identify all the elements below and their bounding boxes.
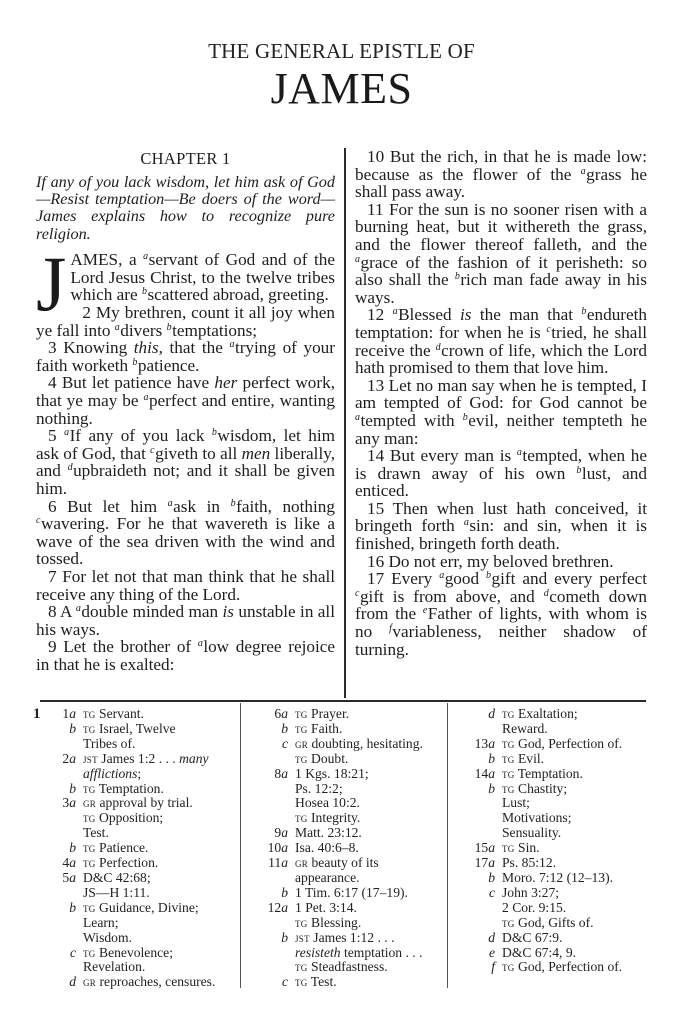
footnotes-column-3: dtg Exaltation;Reward.13atg God, Perfect… xyxy=(452,707,652,975)
footnote-line: afflictions; xyxy=(83,767,238,782)
footnote-line: D&C 67:4, 9. xyxy=(502,946,652,961)
footnote-line: Moro. 7:12 (12–13). xyxy=(502,871,652,886)
footnote-chapter-number xyxy=(33,975,45,990)
footnote-text: 1 Tim. 6:17 (17–19). xyxy=(295,886,445,901)
footnote-entry: btg Temptation. xyxy=(33,782,238,797)
footnote-chapter-number xyxy=(33,796,45,841)
verse-2: 2 My brethren, count it all joy when ye … xyxy=(36,304,335,339)
footnote-line: Motivations; xyxy=(502,811,652,826)
footnote-line: tg Steadfastness. xyxy=(295,960,445,975)
footnote-letter: a xyxy=(69,870,76,885)
footnote-text: D&C 67:9. xyxy=(502,931,652,946)
footnote-line: tg Opposition; xyxy=(83,811,238,826)
footnote-text: tg Temptation. xyxy=(83,782,238,797)
footnote-key: 13a xyxy=(452,737,502,752)
verse-number: 2 xyxy=(82,303,91,322)
reference-abbrev: gr xyxy=(83,796,96,810)
footnote-letter: b xyxy=(488,870,495,885)
footnote-letter: a xyxy=(281,766,288,781)
footnote-letter: b xyxy=(69,721,76,736)
verse-number: 5 xyxy=(48,426,57,445)
footnote-text: Isa. 40:6–8. xyxy=(295,841,445,856)
footnote-line: tg Servant. xyxy=(83,707,238,722)
italic-quote: afflictions xyxy=(83,766,137,781)
footnote-letter: a xyxy=(69,795,76,810)
footnote-text: tg God, Perfection of. xyxy=(502,960,652,975)
reference-abbrev: tg xyxy=(295,916,308,930)
verse-13: 13 Let no man say when he is tempted, I … xyxy=(355,377,647,447)
footnote-text: tg Israel, TwelveTribes of. xyxy=(83,722,238,752)
footnote-entry: 4atg Perfection. xyxy=(33,856,238,871)
footnote-key: 6a xyxy=(245,707,295,722)
footnote-entry: 12a1 Pet. 3:14.tg Blessing. xyxy=(245,901,445,931)
footnote-entry: dD&C 67:9. xyxy=(452,931,652,946)
footnote-ref[interactable]: b xyxy=(231,498,236,509)
footnote-text: tg Exaltation;Reward. xyxy=(502,707,652,737)
footnote-entry: 15atg Sin. xyxy=(452,841,652,856)
footnote-chapter-number xyxy=(33,752,45,782)
footnote-letter: c xyxy=(282,736,288,751)
footnote-line: JS—H 1:11. xyxy=(83,886,238,901)
italic-quote: resisteth xyxy=(295,945,341,960)
footnote-key: b xyxy=(245,722,295,737)
footnote-line: resisteth temptation . . . xyxy=(295,946,445,961)
footnote-line: jst James 1:12 . . . xyxy=(295,931,445,946)
footnote-ref[interactable]: d xyxy=(68,462,73,473)
footnote-entry: 14atg Temptation. xyxy=(452,767,652,782)
footnote-line: 2 Cor. 9:15. xyxy=(502,901,652,916)
footnote-line: gr beauty of its xyxy=(295,856,445,871)
footnote-entry: 9aMatt. 23:12. xyxy=(245,826,445,841)
footnote-key: 8a xyxy=(245,767,295,827)
footnote-line: Isa. 40:6–8. xyxy=(295,841,445,856)
footnote-key: d xyxy=(45,975,83,990)
footnote-text: tg Chastity;Lust;Motivations;Sensuality. xyxy=(502,782,652,842)
footnote-ref[interactable]: c xyxy=(150,445,154,456)
footnote-letter: c xyxy=(70,945,76,960)
footnote-line: tg Chastity; xyxy=(502,782,652,797)
footnote-letter: d xyxy=(488,930,495,945)
footnote-line: tg God, Perfection of. xyxy=(502,960,652,975)
footnote-line: Sensuality. xyxy=(502,826,652,841)
reference-abbrev: gr xyxy=(83,975,96,989)
footnote-line: jst James 1:2 . . . many xyxy=(83,752,238,767)
footnote-text: tg Test. xyxy=(295,975,445,990)
footnote-line: tg God, Gifts of. xyxy=(502,916,652,931)
footnote-entry: bjst James 1:12 . . .resisteth temptatio… xyxy=(245,931,445,976)
footnote-line: Matt. 23:12. xyxy=(295,826,445,841)
footnote-text: Matt. 23:12. xyxy=(295,826,445,841)
footnote-entry: btg Evil. xyxy=(452,752,652,767)
footnote-text: tg Perfection. xyxy=(83,856,238,871)
reference-abbrev: tg xyxy=(502,737,515,751)
footnote-letter: a xyxy=(69,706,76,721)
footnote-entry: cgr doubting, hesitating.tg Doubt. xyxy=(245,737,445,767)
footnote-ref[interactable]: a xyxy=(439,570,444,581)
footnote-letter: a xyxy=(488,855,495,870)
footnote-text: tg Servant. xyxy=(83,707,238,722)
reference-abbrev: tg xyxy=(83,811,96,825)
footnote-key: 12a xyxy=(245,901,295,931)
footnote-chapter-number xyxy=(33,871,45,901)
footnote-chapter-number xyxy=(33,946,45,976)
footnote-entry: dgr reproaches, censures. xyxy=(33,975,238,990)
verse-number: 6 xyxy=(48,497,57,516)
footnote-line: tg Benevolence; xyxy=(83,946,238,961)
verse-5: 5 aIf any of you lack bwisdom, let him a… xyxy=(36,427,335,497)
footnote-line: Revelation. xyxy=(83,960,238,975)
reference-abbrev: tg xyxy=(502,707,515,721)
footnote-key: b xyxy=(245,886,295,901)
footnote-letter: a xyxy=(281,900,288,915)
footnote-ref[interactable]: e xyxy=(423,605,427,616)
verse-number: 9 xyxy=(48,637,57,656)
footnote-text: tg Patience. xyxy=(83,841,238,856)
verse-number: 4 xyxy=(48,373,57,392)
footnote-entry: 8a1 Kgs. 18:21;Ps. 12:2;Hosea 10:2.tg In… xyxy=(245,767,445,827)
footnote-entry: 17aPs. 85:12. xyxy=(452,856,652,871)
reference-abbrev: jst xyxy=(83,752,98,766)
verse-1: JAMES, a aservant of God and of the Lord… xyxy=(36,251,335,304)
footnote-entry: ftg God, Perfection of. xyxy=(452,960,652,975)
chapter-heading: CHAPTER 1 xyxy=(36,150,335,168)
footnote-key: b xyxy=(45,841,83,856)
footnote-ref[interactable]: a xyxy=(168,498,173,509)
footnote-text: D&C 42:68;JS—H 1:11. xyxy=(83,871,238,901)
footnote-key: c xyxy=(245,737,295,767)
reference-abbrev: tg xyxy=(502,782,515,796)
verse-4: 4 But let patience have her perfect work… xyxy=(36,374,335,427)
footnote-column-divider xyxy=(240,703,241,988)
footnote-letter: c xyxy=(489,885,495,900)
footnote-entry: 10aIsa. 40:6–8. xyxy=(245,841,445,856)
footnote-ref[interactable]: c xyxy=(355,588,359,599)
footnote-ref[interactable]: a xyxy=(229,339,234,350)
reference-abbrev: tg xyxy=(295,752,308,766)
footnote-line: tg Temptation. xyxy=(502,767,652,782)
reference-abbrev: tg xyxy=(83,901,96,915)
footnotes-column-2: 6atg Prayer.btg Faith.cgr doubting, hesi… xyxy=(245,707,445,990)
verse-number: 16 xyxy=(367,552,384,571)
footnote-line: tg Blessing. xyxy=(295,916,445,931)
footnote-ref[interactable]: a xyxy=(355,412,360,423)
reference-abbrev: tg xyxy=(83,841,96,855)
footnote-entry: ctg Benevolence;Revelation. xyxy=(33,946,238,976)
footnote-text: D&C 67:4, 9. xyxy=(502,946,652,961)
verse-number: 13 xyxy=(367,376,384,395)
footnote-letter: a xyxy=(281,825,288,840)
reference-abbrev: tg xyxy=(83,707,96,721)
footnote-line: tg Sin. xyxy=(502,841,652,856)
footnote-ref[interactable]: a xyxy=(355,254,360,265)
italic-quote: many xyxy=(179,751,208,766)
column-divider xyxy=(344,148,346,698)
verse-number: 15 xyxy=(367,499,384,518)
footnote-line: Learn; xyxy=(83,916,238,931)
footnote-text: 1 Pet. 3:14.tg Blessing. xyxy=(295,901,445,931)
footnote-key: 4a xyxy=(45,856,83,871)
chapter-summary: If any of you lack wisdom, let him ask o… xyxy=(36,174,335,244)
footnote-line: tg Guidance, Divine; xyxy=(83,901,238,916)
footnote-letter: b xyxy=(69,900,76,915)
footnote-ref[interactable]: b xyxy=(576,465,581,476)
footnote-ref[interactable]: b xyxy=(132,357,137,368)
footnote-line: tg Prayer. xyxy=(295,707,445,722)
footnote-chapter-number xyxy=(33,856,45,871)
footnote-ref[interactable]: b xyxy=(167,322,172,333)
reference-abbrev: tg xyxy=(295,811,308,825)
footnote-line: tg Faith. xyxy=(295,722,445,737)
footnote-line: Wisdom. xyxy=(83,931,238,946)
footnote-ref[interactable]: a xyxy=(393,306,398,317)
footnote-key: 10a xyxy=(245,841,295,856)
footnote-letter: a xyxy=(281,706,288,721)
footnote-line: tg Doubt. xyxy=(295,752,445,767)
footnote-key: 17a xyxy=(452,856,502,871)
footnote-chapter-number xyxy=(33,782,45,797)
footnote-line: tg Evil. xyxy=(502,752,652,767)
verse-7: 7 For let not that man think that he sha… xyxy=(36,568,335,603)
footnote-entry: cJohn 3:27;2 Cor. 9:15.tg God, Gifts of. xyxy=(452,886,652,931)
footnote-line: tg Israel, Twelve xyxy=(83,722,238,737)
reference-abbrev: tg xyxy=(502,960,515,974)
footnote-letter: a xyxy=(69,855,76,870)
epistle-subtitle: THE GENERAL EPISTLE OF xyxy=(0,39,683,64)
verse-number: 7 xyxy=(48,567,57,586)
footnote-line: tg Temptation. xyxy=(83,782,238,797)
footnote-key: 9a xyxy=(245,826,295,841)
footnote-key: 11a xyxy=(245,856,295,886)
verse-number: 8 xyxy=(48,602,57,621)
footnote-text: John 3:27;2 Cor. 9:15.tg God, Gifts of. xyxy=(502,886,652,931)
footnote-line: D&C 67:9. xyxy=(502,931,652,946)
footnote-text: tg Sin. xyxy=(502,841,652,856)
footnote-letter: a xyxy=(281,855,288,870)
reference-abbrev: gr xyxy=(295,856,308,870)
footnote-letter: b xyxy=(69,840,76,855)
verse-14: 14 But every man is atempted, when he is… xyxy=(355,447,647,500)
footnote-text: tg Guidance, Divine;Learn;Wisdom. xyxy=(83,901,238,946)
footnote-line: Test. xyxy=(83,826,238,841)
footnote-key: b xyxy=(452,752,502,767)
footnote-line: Tribes of. xyxy=(83,737,238,752)
footnote-key: 14a xyxy=(452,767,502,782)
footnote-key: c xyxy=(245,975,295,990)
footnote-text: gr beauty of itsappearance. xyxy=(295,856,445,886)
footnote-line: gr doubting, hesitating. xyxy=(295,737,445,752)
footnote-entry: 5aD&C 42:68;JS—H 1:11. xyxy=(33,871,238,901)
footnote-text: tg Evil. xyxy=(502,752,652,767)
footnote-key: b xyxy=(45,722,83,752)
footnote-entry: btg Guidance, Divine;Learn;Wisdom. xyxy=(33,901,238,946)
footnote-entry: btg Israel, TwelveTribes of. xyxy=(33,722,238,752)
footnote-text: Ps. 85:12. xyxy=(502,856,652,871)
footnote-letter: b xyxy=(281,721,288,736)
verse-number: 10 xyxy=(367,147,384,166)
footnote-line: 1 Tim. 6:17 (17–19). xyxy=(295,886,445,901)
footnote-key: 15a xyxy=(452,841,502,856)
reference-abbrev: tg xyxy=(295,975,308,989)
footnote-ref[interactable]: a xyxy=(143,392,148,403)
verse-number: 12 xyxy=(367,305,384,324)
footnote-text: gr approval by trial.tg Opposition;Test. xyxy=(83,796,238,841)
footnote-line: 1 Kgs. 18:21; xyxy=(295,767,445,782)
scripture-column-right: 10 But the rich, in that he is made low:… xyxy=(355,148,647,658)
footnote-line: D&C 42:68; xyxy=(83,871,238,886)
footnote-letter: a xyxy=(488,766,495,781)
footnote-key: b xyxy=(45,782,83,797)
footnote-ref[interactable]: d xyxy=(436,342,441,353)
footnote-ref[interactable]: a xyxy=(143,251,148,262)
footnote-letter: c xyxy=(282,974,288,989)
footnote-entry: 11agr beauty of itsappearance. xyxy=(245,856,445,886)
verse-9: 9 Let the brother of alow degree rejoice… xyxy=(36,638,335,673)
footnote-ref[interactable]: a xyxy=(64,427,69,438)
verse-17: 17 Every agood bgift and every perfect c… xyxy=(355,570,647,658)
footnote-entry: bMoro. 7:12 (12–13). xyxy=(452,871,652,886)
reference-abbrev: tg xyxy=(295,722,308,736)
footnote-line: tg Integrity. xyxy=(295,811,445,826)
footnote-text: gr reproaches, censures. xyxy=(83,975,238,990)
footnote-key: c xyxy=(452,886,502,931)
footnote-key: b xyxy=(245,931,295,976)
footnote-chapter-number xyxy=(33,841,45,856)
verse-16: 16 Do not err, my beloved brethren. xyxy=(355,553,647,571)
footnote-entry: 2ajst James 1:2 . . . manyafflictions; xyxy=(33,752,238,782)
scripture-column-left: CHAPTER 1 If any of you lack wisdom, let… xyxy=(36,148,335,673)
footnote-key: c xyxy=(45,946,83,976)
reference-abbrev: tg xyxy=(502,752,515,766)
footnote-text: tg Benevolence;Revelation. xyxy=(83,946,238,976)
reference-abbrev: tg xyxy=(83,722,96,736)
verse-8: 8 A adouble minded man is unstable in al… xyxy=(36,603,335,638)
footnote-key: b xyxy=(45,901,83,946)
footnote-chapter-number xyxy=(33,722,45,752)
footnote-ref[interactable]: a xyxy=(581,166,586,177)
footnote-letter: a xyxy=(488,736,495,751)
footnote-line: Lust; xyxy=(502,796,652,811)
reference-abbrev: tg xyxy=(83,782,96,796)
footnote-letter: a xyxy=(488,840,495,855)
footnote-line: gr reproaches, censures. xyxy=(83,975,238,990)
footnote-letter: a xyxy=(69,751,76,766)
footnote-chapter-number: 1 xyxy=(33,707,45,722)
footnote-line: gr approval by trial. xyxy=(83,796,238,811)
footnote-line: 1 Pet. 3:14. xyxy=(295,901,445,916)
verse-12: 12 aBlessed is the man that bendureth te… xyxy=(355,306,647,376)
footnote-entry: btg Faith. xyxy=(245,722,445,737)
footnote-line: tg Perfection. xyxy=(83,856,238,871)
verse-number: 3 xyxy=(48,338,57,357)
footnote-letter: b xyxy=(488,751,495,766)
footnote-key: 1a xyxy=(45,707,83,722)
verse-10: 10 But the rich, in that he is made low:… xyxy=(355,148,647,201)
reference-abbrev: tg xyxy=(502,767,515,781)
verse-number: 17 xyxy=(367,569,384,588)
footnote-letter: f xyxy=(491,959,495,974)
verse-15: 15 Then when lust hath conceived, it bri… xyxy=(355,500,647,553)
reference-abbrev: gr xyxy=(295,737,308,751)
footnote-line: John 3:27; xyxy=(502,886,652,901)
footnote-key: b xyxy=(452,871,502,886)
verse-11: 11 For the sun is no sooner risen with a… xyxy=(355,201,647,307)
verse-number: 14 xyxy=(367,446,384,465)
footnote-ref[interactable]: b xyxy=(581,306,586,317)
footnote-text: tg God, Perfection of. xyxy=(502,737,652,752)
reference-abbrev: tg xyxy=(295,960,308,974)
footnotes-column-1: 11atg Servant.btg Israel, TwelveTribes o… xyxy=(33,707,238,990)
footnote-key: 3a xyxy=(45,796,83,841)
reference-abbrev: tg xyxy=(83,856,96,870)
reference-abbrev: tg xyxy=(295,707,308,721)
footnote-line: Ps. 12:2; xyxy=(295,782,445,797)
footnote-text: jst James 1:2 . . . manyafflictions; xyxy=(83,752,238,782)
footnote-key: e xyxy=(452,946,502,961)
footnote-entry: ctg Test. xyxy=(245,975,445,990)
footnote-entry: btg Patience. xyxy=(33,841,238,856)
footnote-entry: 13atg God, Perfection of. xyxy=(452,737,652,752)
verse-6: 6 But let him aask in bfaith, nothing cw… xyxy=(36,498,335,568)
footnote-letter: b xyxy=(488,781,495,796)
footnote-key: b xyxy=(452,782,502,842)
verse-3: 3 Knowing this, that the atrying of your… xyxy=(36,339,335,374)
footnote-line: tg Patience. xyxy=(83,841,238,856)
footnote-letter: b xyxy=(281,930,288,945)
footnote-line: Hosea 10:2. xyxy=(295,796,445,811)
footnote-entry: 6atg Prayer. xyxy=(245,707,445,722)
footnote-text: jst James 1:12 . . .resisteth temptation… xyxy=(295,931,445,976)
footnote-entry: dtg Exaltation;Reward. xyxy=(452,707,652,737)
footnote-text: tg Temptation. xyxy=(502,767,652,782)
book-title: JAMES xyxy=(0,63,683,114)
footnote-entry: eD&C 67:4, 9. xyxy=(452,946,652,961)
footnote-text: gr doubting, hesitating.tg Doubt. xyxy=(295,737,445,767)
reference-abbrev: tg xyxy=(502,841,515,855)
footnote-text: tg Faith. xyxy=(295,722,445,737)
footnote-line: Reward. xyxy=(502,722,652,737)
footnote-entry: 11atg Servant. xyxy=(33,707,238,722)
footnote-letter: b xyxy=(69,781,76,796)
verse-number: 11 xyxy=(367,200,384,219)
footnote-separator xyxy=(40,700,646,702)
footnote-chapter-number xyxy=(33,901,45,946)
footnote-ref[interactable]: b xyxy=(486,570,491,581)
footnote-column-divider xyxy=(447,703,448,988)
footnote-ref[interactable]: c xyxy=(36,515,40,526)
footnote-letter: d xyxy=(488,706,495,721)
footnote-line: Ps. 85:12. xyxy=(502,856,652,871)
footnote-key: 5a xyxy=(45,871,83,901)
footnote-entry: btg Chastity;Lust;Motivations;Sensuality… xyxy=(452,782,652,842)
reference-abbrev: tg xyxy=(502,916,515,930)
footnote-line: tg Test. xyxy=(295,975,445,990)
footnote-line: tg Exaltation; xyxy=(502,707,652,722)
footnote-line: tg God, Perfection of. xyxy=(502,737,652,752)
footnote-text: 1 Kgs. 18:21;Ps. 12:2;Hosea 10:2.tg Inte… xyxy=(295,767,445,827)
reference-abbrev: jst xyxy=(295,931,310,945)
footnote-key: 2a xyxy=(45,752,83,782)
footnote-letter: e xyxy=(489,945,495,960)
footnote-key: f xyxy=(452,960,502,975)
footnote-text: Moro. 7:12 (12–13). xyxy=(502,871,652,886)
footnote-text: tg Prayer. xyxy=(295,707,445,722)
footnote-letter: a xyxy=(281,840,288,855)
footnote-letter: d xyxy=(69,974,76,989)
footnote-key: d xyxy=(452,931,502,946)
footnote-ref[interactable]: d xyxy=(544,588,549,599)
footnote-letter: b xyxy=(281,885,288,900)
footnote-entry: 3agr approval by trial.tg Opposition;Tes… xyxy=(33,796,238,841)
